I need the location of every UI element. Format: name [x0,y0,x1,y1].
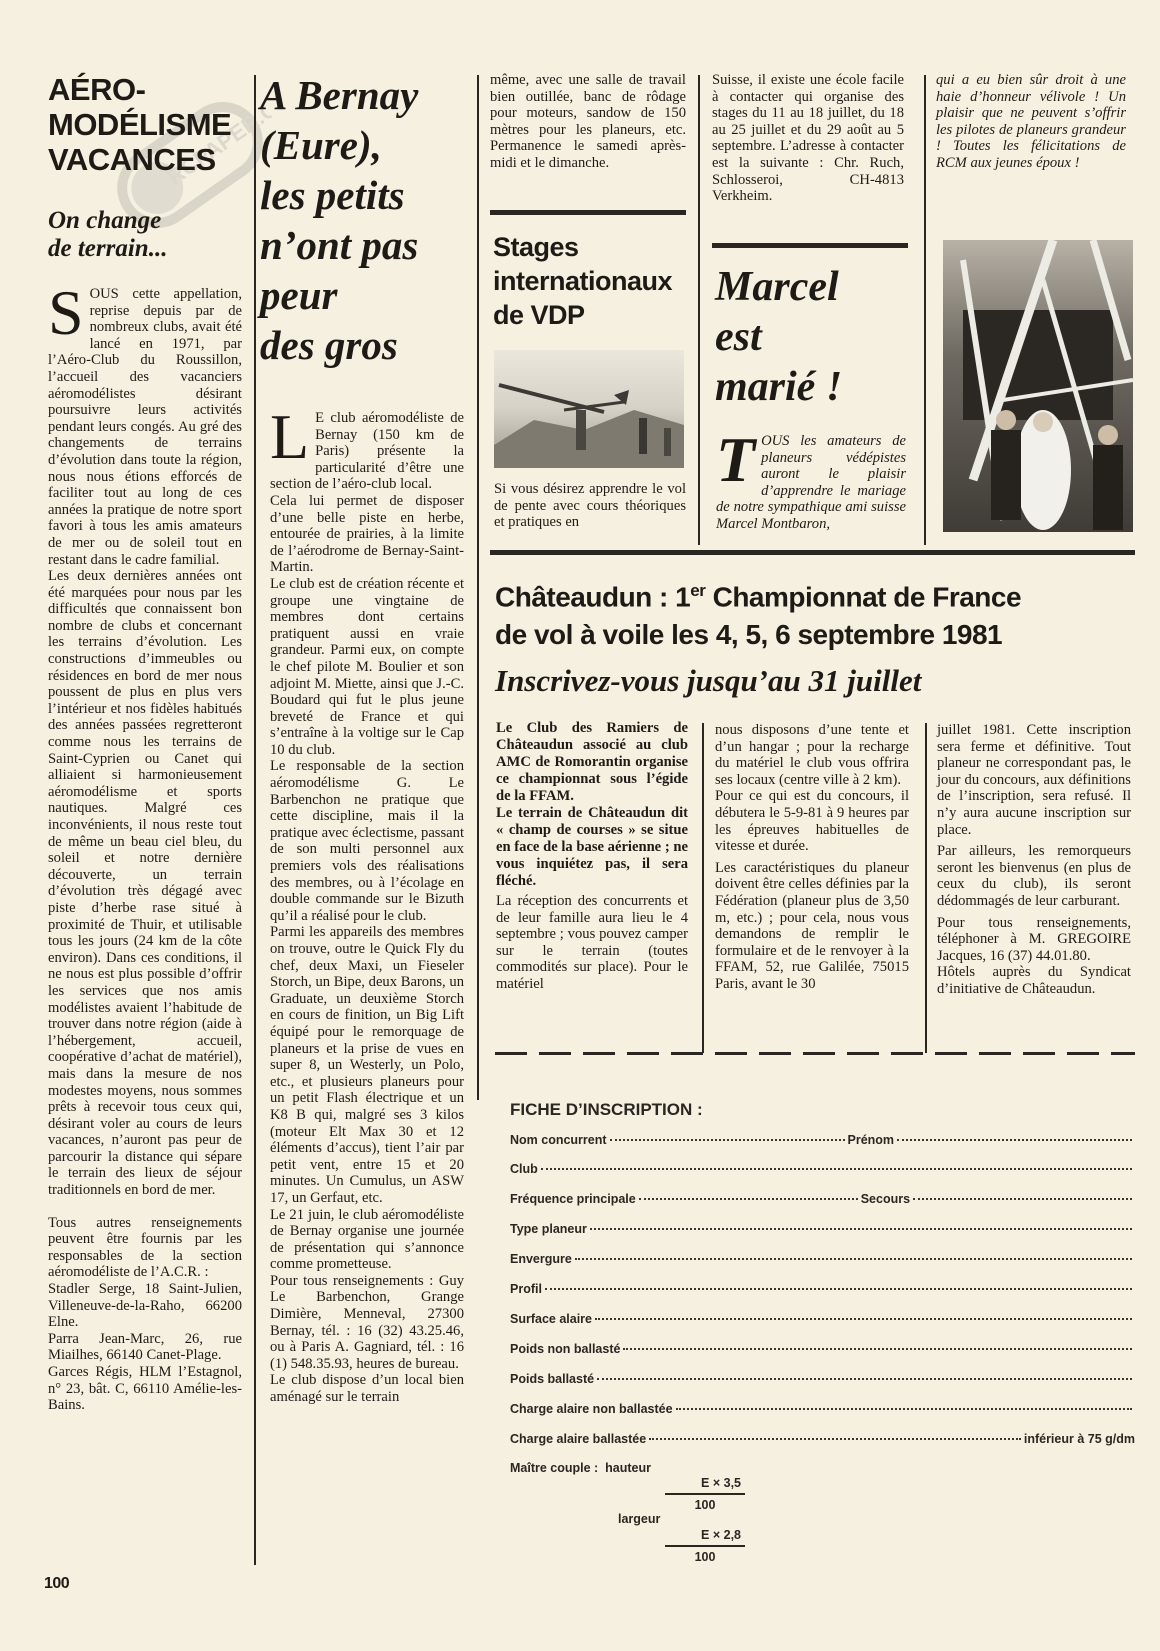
fill-line[interactable] [545,1288,1132,1290]
contact: Stadler Serge, 18 Saint-Julien, Villeneu… [48,1281,242,1331]
bernay-title-line: (Eure), [260,120,470,170]
form-field-surface[interactable]: Surface alaire [510,1312,1135,1326]
form-title: FICHE D’INSCRIPTION : [510,1100,703,1120]
field-label: Nom concurrent [510,1133,607,1147]
aero-subtitle: On change de terrain... [48,207,248,263]
field-label: Secours [861,1192,910,1206]
marcel-continuation: qui a eu bien sûr droit à une haie d’hon… [936,72,1126,172]
field-label: Poids ballasté [510,1372,594,1386]
field-label: Charge alaire non ballastée [510,1402,673,1416]
form-field-poids-ballaste[interactable]: Poids ballasté [510,1372,1135,1386]
vdp-title: Stages internationaux de VDP [493,230,693,332]
dropcap: T [716,435,755,485]
aero-body: SOUS cette appellation, reprise depuis p… [48,286,242,1414]
dropcap: S [48,288,84,338]
field-label: Profil [510,1282,542,1296]
chateaudun-title-line: de vol à voile les 4, 5, 6 septembre 198… [495,616,1135,654]
paragraph: La réception des concurrents et de leur … [496,893,688,993]
aero-title-line: AÉRO- [48,72,248,107]
largeur-formula: E × 2,8 100 [665,1528,745,1564]
vdp-continuation: Suisse, il existe une école facile à con… [712,72,904,205]
field-label: Poids non ballasté [510,1342,620,1356]
paragraph: Par ailleurs, les remorqueurs seront les… [937,843,1131,909]
aero-title-line: VACANCES [48,142,248,177]
hauteur-formula: E × 3,5 100 [665,1476,745,1512]
wedding-photo-illustration [943,240,1133,532]
paragraph: Le club est de création récente et group… [270,576,464,759]
aero-subtitle-line: On change [48,207,248,235]
bernay-body: LE club aéromodéliste de Bernay (150 km … [270,410,464,1406]
marcel-title-line: est [715,312,905,362]
column-rule [924,75,926,545]
maitre-couple-text: Maître couple : [510,1461,598,1475]
paragraph: Le responsable de la section aéromodélis… [270,758,464,924]
fill-line[interactable] [541,1168,1132,1170]
paragraph: Les deux dernières années ont été marqué… [48,568,242,1199]
paragraph: nous disposons d’une tente et d’un hanga… [715,722,909,788]
paragraph: Hôtels auprès du Syndicat d’initiative d… [937,964,1131,997]
field-label: Type planeur [510,1222,587,1236]
cut-line [495,1052,1135,1055]
wedding-photo [943,240,1133,532]
fraction-bar [665,1545,745,1547]
maitre-couple-label: Maître couple : hauteur [510,1461,651,1475]
formula-denominator: 100 [665,1498,745,1512]
contact: Parra Jean-Marc, 26, rue Miailhes, 66140… [48,1331,242,1364]
marcel-title-line: Marcel [715,262,905,312]
form-field-charge-ballastee[interactable]: Charge alaire ballastée inférieur à 75 g… [510,1432,1135,1446]
chateaudun-col1: Le Club des Ramiers de Châteaudun associ… [496,720,688,993]
fraction-bar [665,1493,745,1495]
formula-numerator: E × 3,5 [665,1476,745,1490]
aero-title-line: MODÉLISME [48,107,248,142]
vdp-title-line: Stages [493,230,693,264]
section-rule [712,243,908,248]
vdp-title-line: de VDP [493,298,693,332]
marcel-title-line: marié ! [715,362,905,412]
fill-line[interactable] [610,1139,845,1141]
paragraph: Cela lui permet de disposer d’une belle … [270,493,464,576]
dropcap: L [270,412,309,462]
bernay-title: A Bernay (Eure), les petits n’ont pas pe… [260,70,470,370]
form-field-club[interactable]: Club [510,1162,1135,1176]
fill-line[interactable] [897,1139,1132,1141]
marcel-title: Marcel est marié ! [715,262,905,412]
paragraph: Pour tous renseignements : Guy Le Barben… [270,1273,464,1373]
form-field-poids-non-ballaste[interactable]: Poids non ballasté [510,1342,1135,1356]
bernay-title-line: n’ont pas [260,220,470,270]
section-rule [490,550,1135,555]
form-field-type-planeur[interactable]: Type planeur [510,1222,1135,1236]
vdp-title-line: internationaux [493,264,693,298]
hauteur-label: hauteur [605,1461,651,1475]
paragraph: Pour tous renseignements, téléphoner à M… [937,915,1131,965]
fill-line[interactable] [623,1348,1132,1350]
field-label: Fréquence principale [510,1192,636,1206]
form-field-charge-non-ballastee[interactable]: Charge alaire non ballastée [510,1402,1135,1416]
chateaudun-col2: nous disposons d’une tente et d’un hanga… [715,722,909,993]
form-field-frequence[interactable]: Fréquence principale Secours [510,1192,1135,1206]
field-label: Charge alaire ballastée [510,1432,646,1446]
glider-photo-illustration [494,350,684,468]
field-label: Prénom [848,1133,895,1147]
form-field-nom[interactable]: Nom concurrent Prénom [510,1133,1135,1147]
column-rule [477,75,479,1100]
paragraph: Le Club des Ramiers de Châteaudun associ… [496,720,688,805]
field-suffix: inférieur à 75 g/dm [1024,1432,1135,1446]
paragraph: Parmi les appareils des membres on trouv… [270,924,464,1206]
glider-launch-photo [494,350,684,468]
formula-denominator: 100 [665,1550,745,1564]
paragraph: Le terrain de Châteaudun dit « champ de … [496,805,688,890]
fill-line[interactable] [913,1198,1132,1200]
field-label: Envergure [510,1252,572,1266]
fill-line[interactable] [595,1318,1132,1320]
fill-line[interactable] [676,1408,1132,1410]
section-rule [490,210,686,215]
chateaudun-subtitle: Inscrivez-vous jusqu’au 31 juillet [495,663,1135,699]
largeur-label: largeur [618,1512,660,1526]
fill-line[interactable] [590,1228,1132,1230]
form-field-envergure[interactable]: Envergure [510,1252,1135,1266]
formula-numerator: E × 2,8 [665,1528,745,1542]
marcel-text: TOUS les amateurs de planeurs védépistes… [716,433,906,533]
paragraph: Le 21 juin, le club aéromodéliste de Ber… [270,1207,464,1273]
bernay-title-line: des gros [260,320,470,370]
bernay-title-line: les petits [260,170,470,220]
field-label: Surface alaire [510,1312,592,1326]
bernay-continuation: même, avec une salle de travail bien out… [490,72,686,172]
column-rule [702,723,704,1053]
chateaudun-col3: juillet 1981. Cette inscription sera fer… [937,722,1131,998]
field-label: Club [510,1162,538,1176]
chateaudun-title: Châteaudun : 1er Championnat de France d… [495,572,1135,654]
bernay-title-line: A Bernay [260,70,470,120]
paragraph: juillet 1981. Cette inscription sera fer… [937,722,1131,838]
column-rule [925,723,927,1053]
column-rule [698,75,700,545]
column-rule [254,75,256,1565]
fill-line[interactable] [575,1258,1132,1260]
aero-subtitle-line: de terrain... [48,235,248,263]
page-number: 100 [44,1575,69,1593]
chateaudun-title-line: Châteaudun : 1er Championnat de France [495,572,1135,616]
fill-line[interactable] [639,1198,858,1200]
aero-title: AÉRO- MODÉLISME VACANCES [48,72,248,177]
paragraph: Les caractéristiques du planeur doivent … [715,860,909,993]
bernay-title-line: peur [260,270,470,320]
paragraph: Pour ce qui est du concours, il débutera… [715,788,909,854]
vdp-text: Si vous désirez apprendre le vol de pent… [494,481,686,531]
fill-line[interactable] [597,1378,1132,1380]
contact: Garces Régis, HLM l’Estagnol, n° 23, bât… [48,1364,242,1414]
paragraph: Le club dispose d’un local bien aménagé … [270,1372,464,1405]
fill-line[interactable] [649,1438,1021,1440]
form-field-profil[interactable]: Profil [510,1282,1135,1296]
contacts-intro: Tous autres renseignements peuvent être … [48,1215,242,1281]
